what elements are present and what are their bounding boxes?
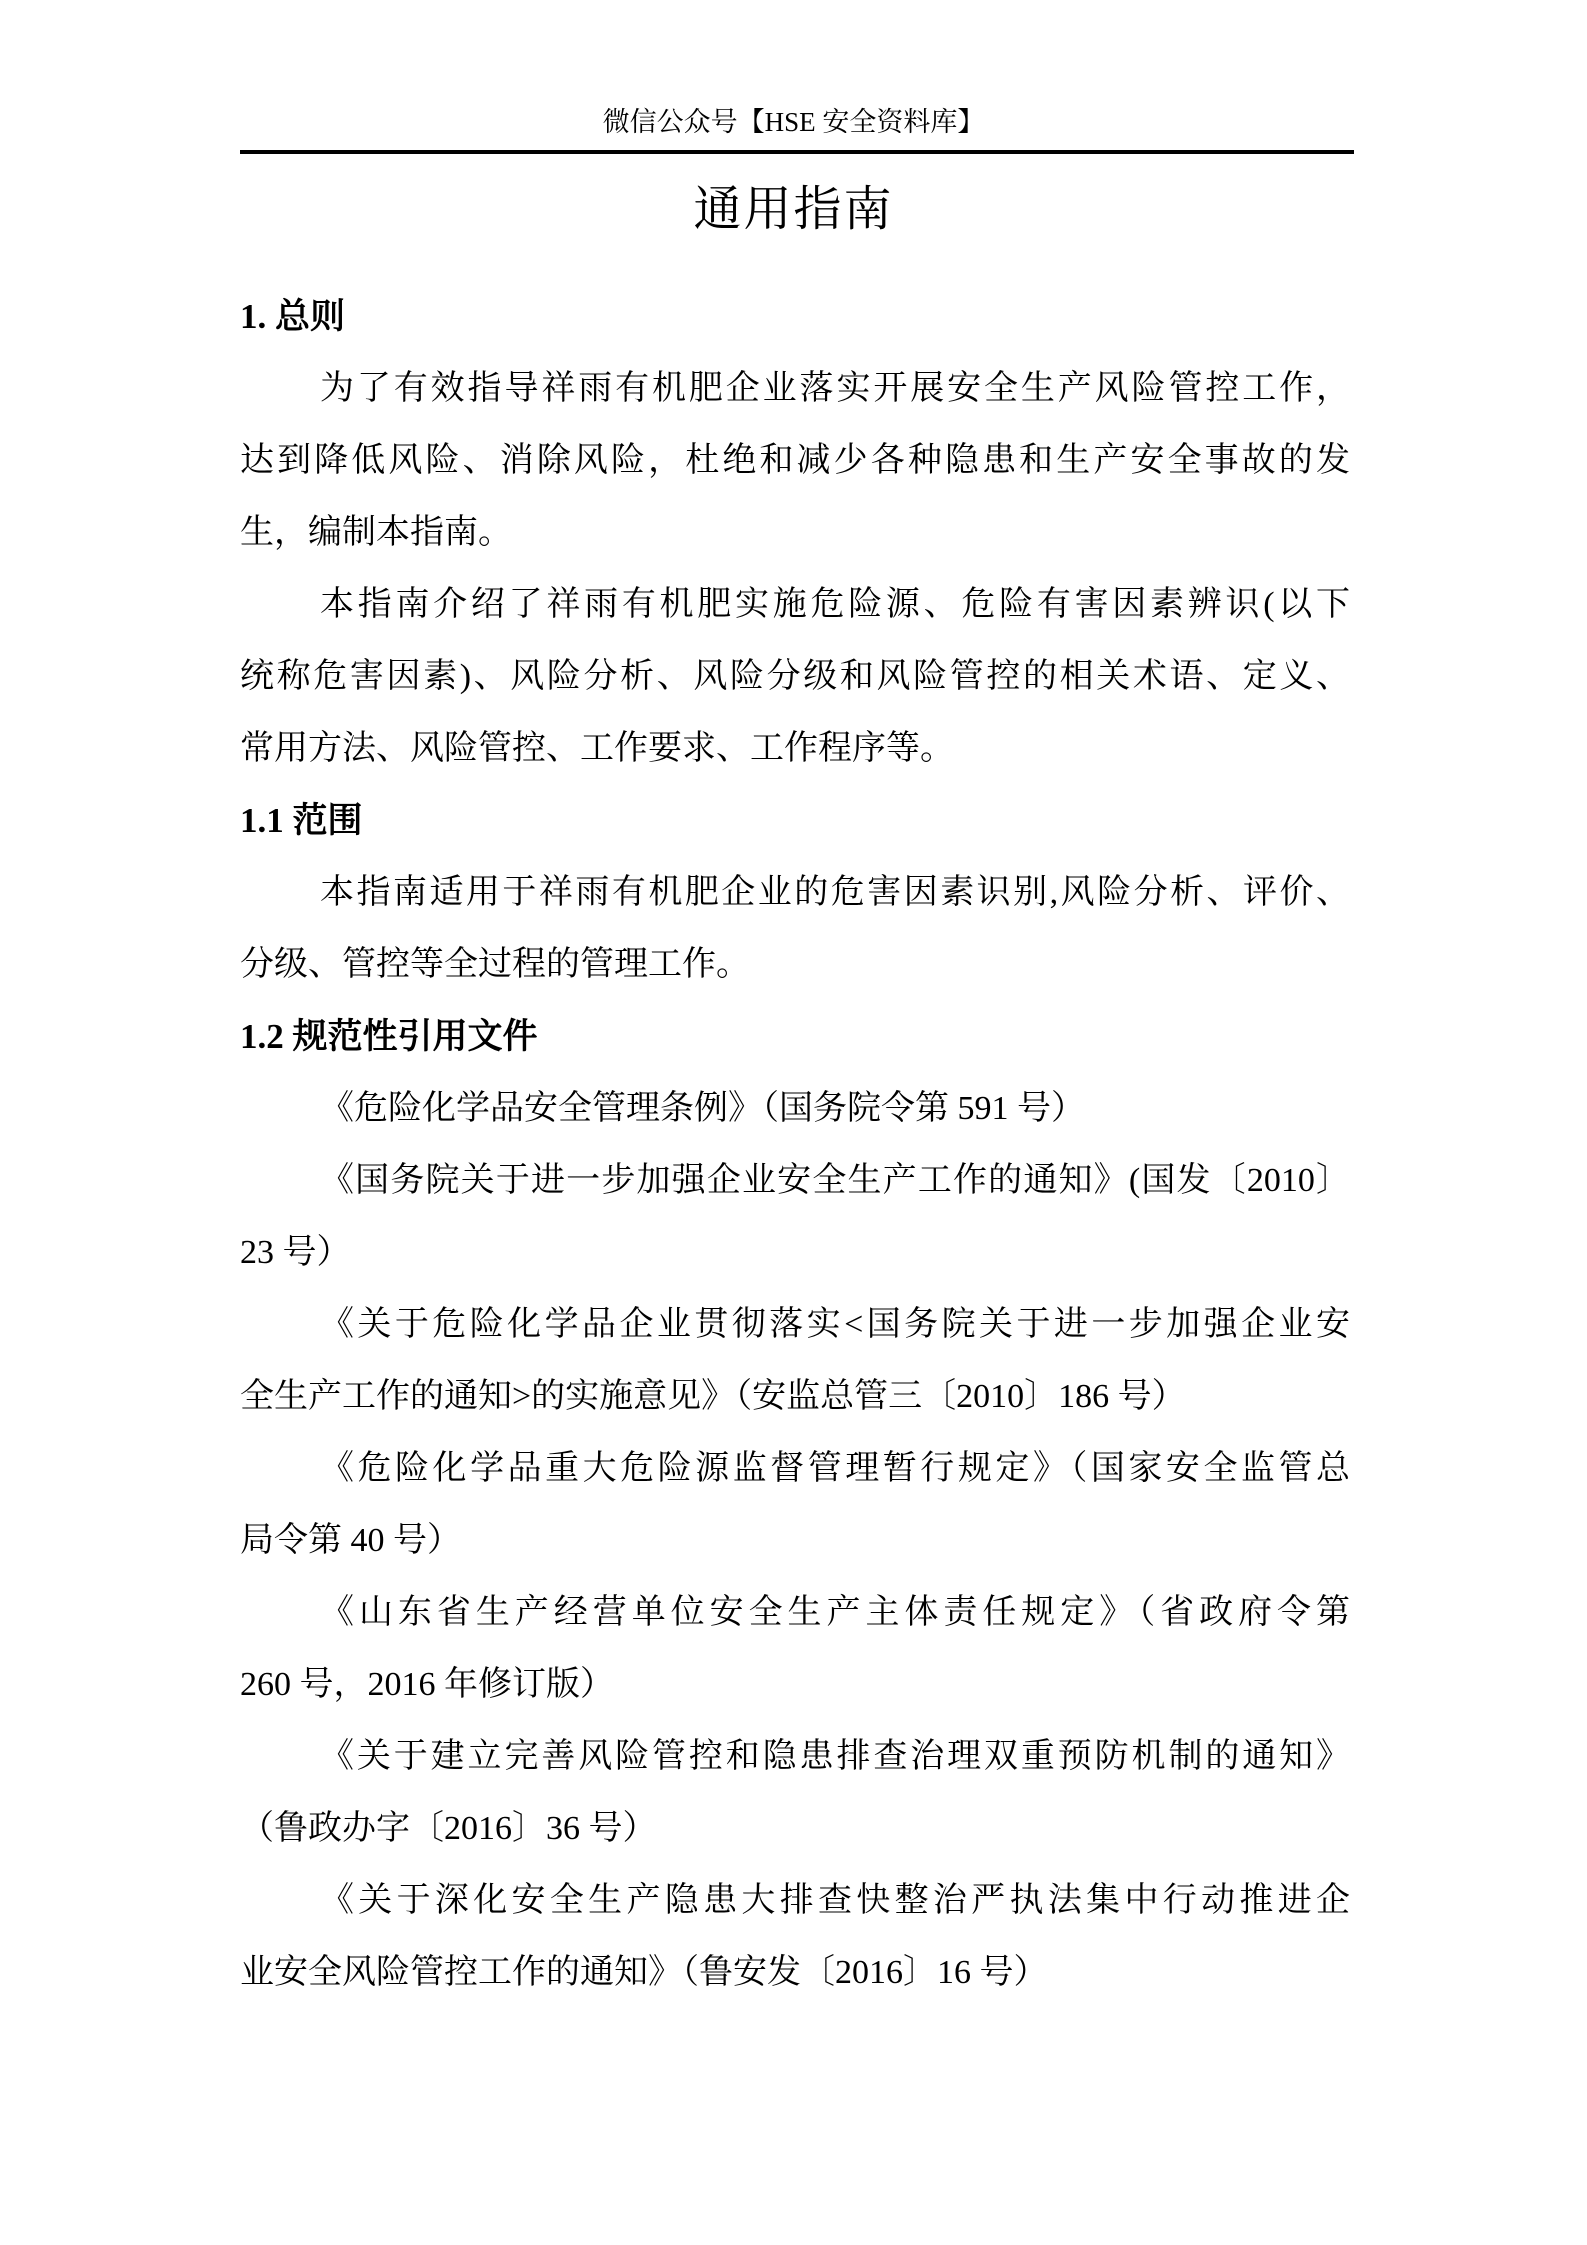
- text-line: 生，编制本指南。: [240, 497, 1350, 569]
- text-line: 本指南适用于祥雨有机肥企业的危害因素识别,风险分析、评价、: [240, 857, 1350, 929]
- page-header: 微信公众号【HSE 安全资料库】: [0, 0, 1587, 138]
- reference-line: 局令第 40 号）: [240, 1505, 1350, 1577]
- section-heading-scope: 1.1 范围: [240, 785, 1350, 857]
- reference-line: 《关于建立完善风险管控和隐患排查治理双重预防机制的通知》: [240, 1721, 1350, 1793]
- reference-line: 《危险化学品安全管理条例》（国务院令第 591 号）: [240, 1073, 1350, 1145]
- reference-line: 23 号）: [240, 1217, 1350, 1289]
- reference-line: （鲁政办字〔2016〕36 号）: [240, 1793, 1350, 1865]
- reference-line: 全生产工作的通知>的实施意见》（安监总管三〔2010〕186 号）: [240, 1361, 1350, 1433]
- document-body: 1. 总则 为了有效指导祥雨有机肥企业落实开展安全生产风险管控工作， 达到降低风…: [240, 281, 1350, 2009]
- text-line: 本指南介绍了祥雨有机肥实施危险源、危险有害因素辨识(以下: [240, 569, 1350, 641]
- header-brand-text: 微信公众号【HSE 安全资料库】: [603, 107, 985, 137]
- section-heading-general: 1. 总则: [240, 281, 1350, 353]
- reference-line: 《国务院关于进一步加强企业安全生产工作的通知》(国发〔2010〕: [240, 1145, 1350, 1217]
- header-divider: [240, 150, 1354, 154]
- reference-line: 业安全风险管控工作的通知》（鲁安发〔2016〕16 号）: [240, 1937, 1350, 2009]
- text-line: 为了有效指导祥雨有机肥企业落实开展安全生产风险管控工作，: [240, 353, 1350, 425]
- text-line: 统称危害因素)、风险分析、风险分级和风险管控的相关术语、定义、: [240, 641, 1350, 713]
- document-page: 微信公众号【HSE 安全资料库】 通用指南 1. 总则 为了有效指导祥雨有机肥企…: [0, 0, 1587, 2245]
- text-line: 达到降低风险、消除风险，杜绝和减少各种隐患和生产安全事故的发: [240, 425, 1350, 497]
- section-heading-references: 1.2 规范性引用文件: [240, 1001, 1350, 1073]
- reference-line: 《山东省生产经营单位安全生产主体责任规定》（省政府令第: [240, 1577, 1350, 1649]
- reference-line: 《关于危险化学品企业贯彻落实<国务院关于进一步加强企业安: [240, 1289, 1350, 1361]
- text-line: 常用方法、风险管控、工作要求、工作程序等。: [240, 713, 1350, 785]
- text-line: 分级、管控等全过程的管理工作。: [240, 929, 1350, 1001]
- document-title: 通用指南: [0, 180, 1587, 240]
- reference-line: 《关于深化安全生产隐患大排查快整治严执法集中行动推进企: [240, 1865, 1350, 1937]
- reference-line: 260 号，2016 年修订版）: [240, 1649, 1350, 1721]
- reference-line: 《危险化学品重大危险源监督管理暂行规定》（国家安全监管总: [240, 1433, 1350, 1505]
